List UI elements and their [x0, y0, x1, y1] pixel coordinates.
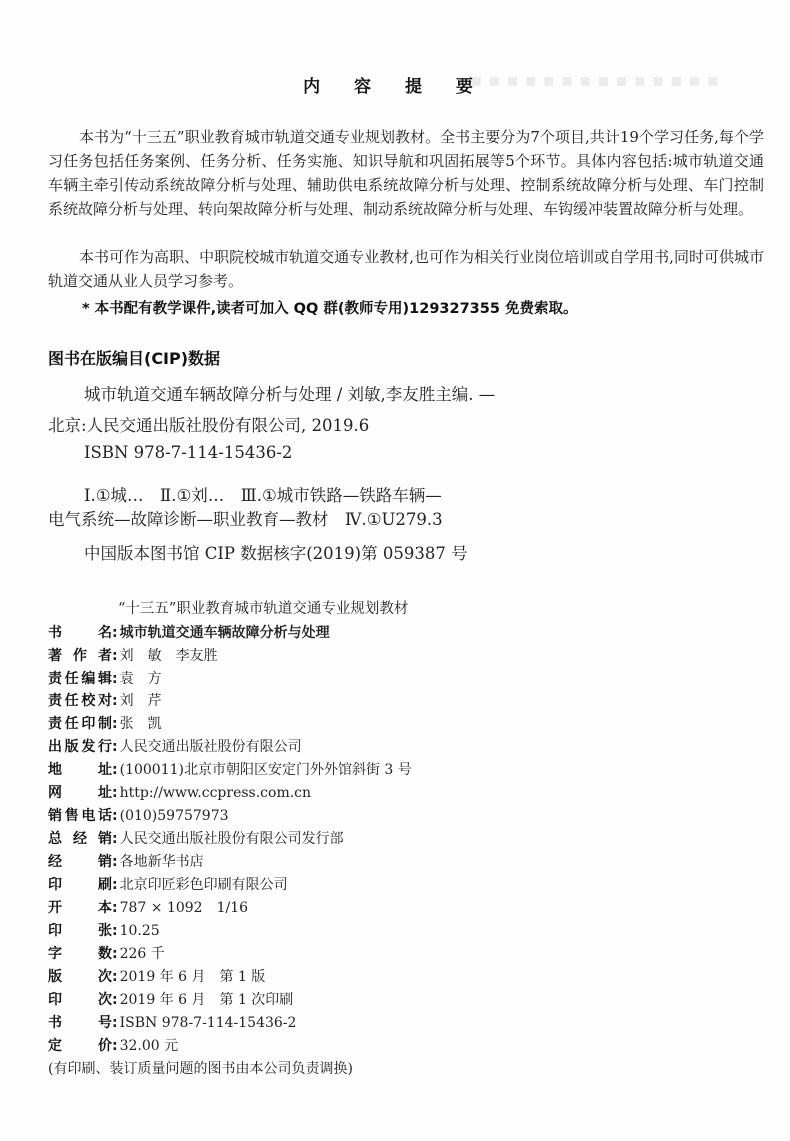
row-value: 32.00 元	[120, 1038, 179, 1054]
cip-classification-line-1: Ⅰ.①城… Ⅱ.①刘… Ⅲ.①城市铁路—铁路车辆—	[84, 482, 442, 506]
row-value: 787 × 1092 1/16	[120, 900, 248, 916]
row-value: 2019 年 6 月 第 1 次印刷	[120, 992, 294, 1008]
row-value: ISBN 978-7-114-15436-2	[120, 1015, 297, 1031]
row-value: 各地新华书店	[120, 854, 204, 870]
colon: :	[112, 877, 118, 893]
colophon-row-editor: 责任编辑:袁 方	[48, 668, 162, 690]
colon: :	[112, 625, 118, 641]
colon: :	[112, 1015, 118, 1031]
colon: :	[112, 1038, 118, 1054]
row-label: 责任校对	[48, 690, 112, 710]
colon: :	[112, 854, 118, 870]
copyright-page: ▪▪▪▪▪▪▪▪▪▪▪▪▪▪ 内 容 提 要 本书为“十三五”职业教育城市轨道交…	[0, 0, 790, 1141]
row-value: 城市轨道交通车辆故障分析与处理	[120, 625, 330, 641]
row-label: 印张	[48, 920, 112, 940]
row-label: 字数	[48, 943, 112, 963]
colophon-row-authors: 著作者:刘 敏 李友胜	[48, 645, 218, 667]
row-value: 刘 芹	[120, 693, 162, 709]
colophon-row-distributor: 经销:各地新华书店	[48, 851, 204, 873]
summary-paragraph-1-text: 本书为“十三五”职业教育城市轨道交通专业规划教材。全书主要分为7个项目,共计19…	[48, 128, 764, 218]
colon: :	[112, 671, 118, 687]
cip-classification-line-2: 电气系统—故障诊断—职业教育—教材 Ⅳ.①U279.3	[48, 506, 443, 530]
colophon-row-publisher: 出版发行:人民交通出版社股份有限公司	[48, 736, 302, 758]
row-value: 2019 年 6 月 第 1 版	[120, 969, 266, 985]
colon: :	[112, 693, 118, 709]
colophon-row-printer: 印刷:北京印匠彩色印刷有限公司	[48, 874, 288, 896]
cip-publisher-line: 北京:人民交通出版社股份有限公司, 2019.6	[48, 412, 369, 436]
colophon-row-address: 地址:(100011)北京市朝阳区安定门外外馆斜街 3 号	[48, 759, 412, 781]
summary-title: 内 容 提 要	[0, 72, 790, 97]
row-value: 人民交通出版社股份有限公司	[120, 739, 302, 755]
colon: :	[112, 946, 118, 962]
colophon-row-general-distributor: 总经销:人民交通出版社股份有限公司发行部	[48, 828, 344, 850]
row-label: 网址	[48, 782, 112, 802]
row-value: 张 凯	[120, 716, 162, 732]
colon: :	[112, 923, 118, 939]
summary-paragraph-1: 本书为“十三五”职业教育城市轨道交通专业规划教材。全书主要分为7个项目,共计19…	[48, 125, 764, 221]
colophon-row-title: 书名:城市轨道交通车辆故障分析与处理	[48, 622, 330, 644]
colophon-row-printing: 印次:2019 年 6 月 第 1 次印刷	[48, 989, 293, 1011]
summary-paragraph-2-text: 本书可作为高职、中职院校城市轨道交通专业教材,也可作为相关行业岗位培训或自学用书…	[48, 248, 764, 290]
row-value: 刘 敏 李友胜	[120, 648, 218, 664]
colon: :	[112, 808, 118, 824]
cip-isbn-line: ISBN 978-7-114-15436-2	[84, 443, 292, 462]
row-label: 印次	[48, 989, 112, 1009]
row-label: 著作者	[48, 645, 112, 665]
colophon-row-word-count: 字数:226 千	[48, 943, 165, 965]
colon: :	[112, 762, 118, 778]
row-label: 总经销	[48, 828, 112, 848]
colophon-row-isbn: 书号:ISBN 978-7-114-15436-2	[48, 1012, 296, 1034]
row-label: 开本	[48, 897, 112, 917]
row-value: 北京印匠彩色印刷有限公司	[120, 877, 288, 893]
row-value: (100011)北京市朝阳区安定门外外馆斜街 3 号	[120, 762, 412, 778]
return-policy-note: (有印刷、装订质量问题的图书由本公司负责调换)	[48, 1058, 353, 1078]
row-label: 书号	[48, 1012, 112, 1032]
row-value: (010)59757973	[120, 808, 229, 824]
row-label: 责任编辑	[48, 668, 112, 688]
colophon-row-proofreader: 责任校对:刘 芹	[48, 690, 162, 712]
courseware-note: * 本书配有教学课件,读者可加入 QQ 群(教师专用)129327355 免费索…	[82, 297, 578, 318]
colon: :	[112, 900, 118, 916]
row-label: 印刷	[48, 874, 112, 894]
row-value: 226 千	[120, 946, 165, 962]
row-label: 定价	[48, 1035, 112, 1055]
row-label: 销售电话	[48, 805, 112, 825]
colon: :	[112, 739, 118, 755]
row-label: 书名	[48, 622, 112, 642]
series-name: “十三五”职业教育城市轨道交通专业规划教材	[118, 597, 408, 618]
colophon-row-sales-phone: 销售电话:(010)59757973	[48, 805, 229, 827]
colophon-row-format: 开本:787 × 1092 1/16	[48, 897, 248, 919]
colophon-row-price: 定价:32.00 元	[48, 1035, 178, 1057]
row-label: 地址	[48, 759, 112, 779]
colon: :	[112, 969, 118, 985]
colophon-row-sheets: 印张:10.25	[48, 920, 160, 942]
colophon-row-edition: 版次:2019 年 6 月 第 1 版	[48, 966, 265, 988]
summary-paragraph-2: 本书可作为高职、中职院校城市轨道交通专业教材,也可作为相关行业岗位培训或自学用书…	[48, 245, 764, 293]
colon: :	[112, 992, 118, 1008]
colon: :	[112, 831, 118, 847]
row-value: 人民交通出版社股份有限公司发行部	[120, 831, 344, 847]
colon: :	[112, 716, 118, 732]
colon: :	[112, 785, 118, 801]
cip-approval-number: 中国版本图书馆 CIP 数据核字(2019)第 059387 号	[84, 540, 468, 564]
row-label: 版次	[48, 966, 112, 986]
row-value: 10.25	[120, 923, 160, 939]
colon: :	[112, 648, 118, 664]
row-value: 袁 方	[120, 671, 162, 687]
row-label: 责任印制	[48, 713, 112, 733]
colophon-row-website: 网址:http://www.ccpress.com.cn	[48, 782, 311, 804]
website-link: http://www.ccpress.com.cn	[120, 785, 311, 801]
row-label: 出版发行	[48, 736, 112, 756]
row-label: 经销	[48, 851, 112, 871]
cip-heading: 图书在版编目(CIP)数据	[48, 346, 220, 369]
cip-title-line: 城市轨道交通车辆故障分析与处理 / 刘敏,李友胜主编. —	[84, 381, 495, 405]
colophon-row-print-supervisor: 责任印制:张 凯	[48, 713, 162, 735]
